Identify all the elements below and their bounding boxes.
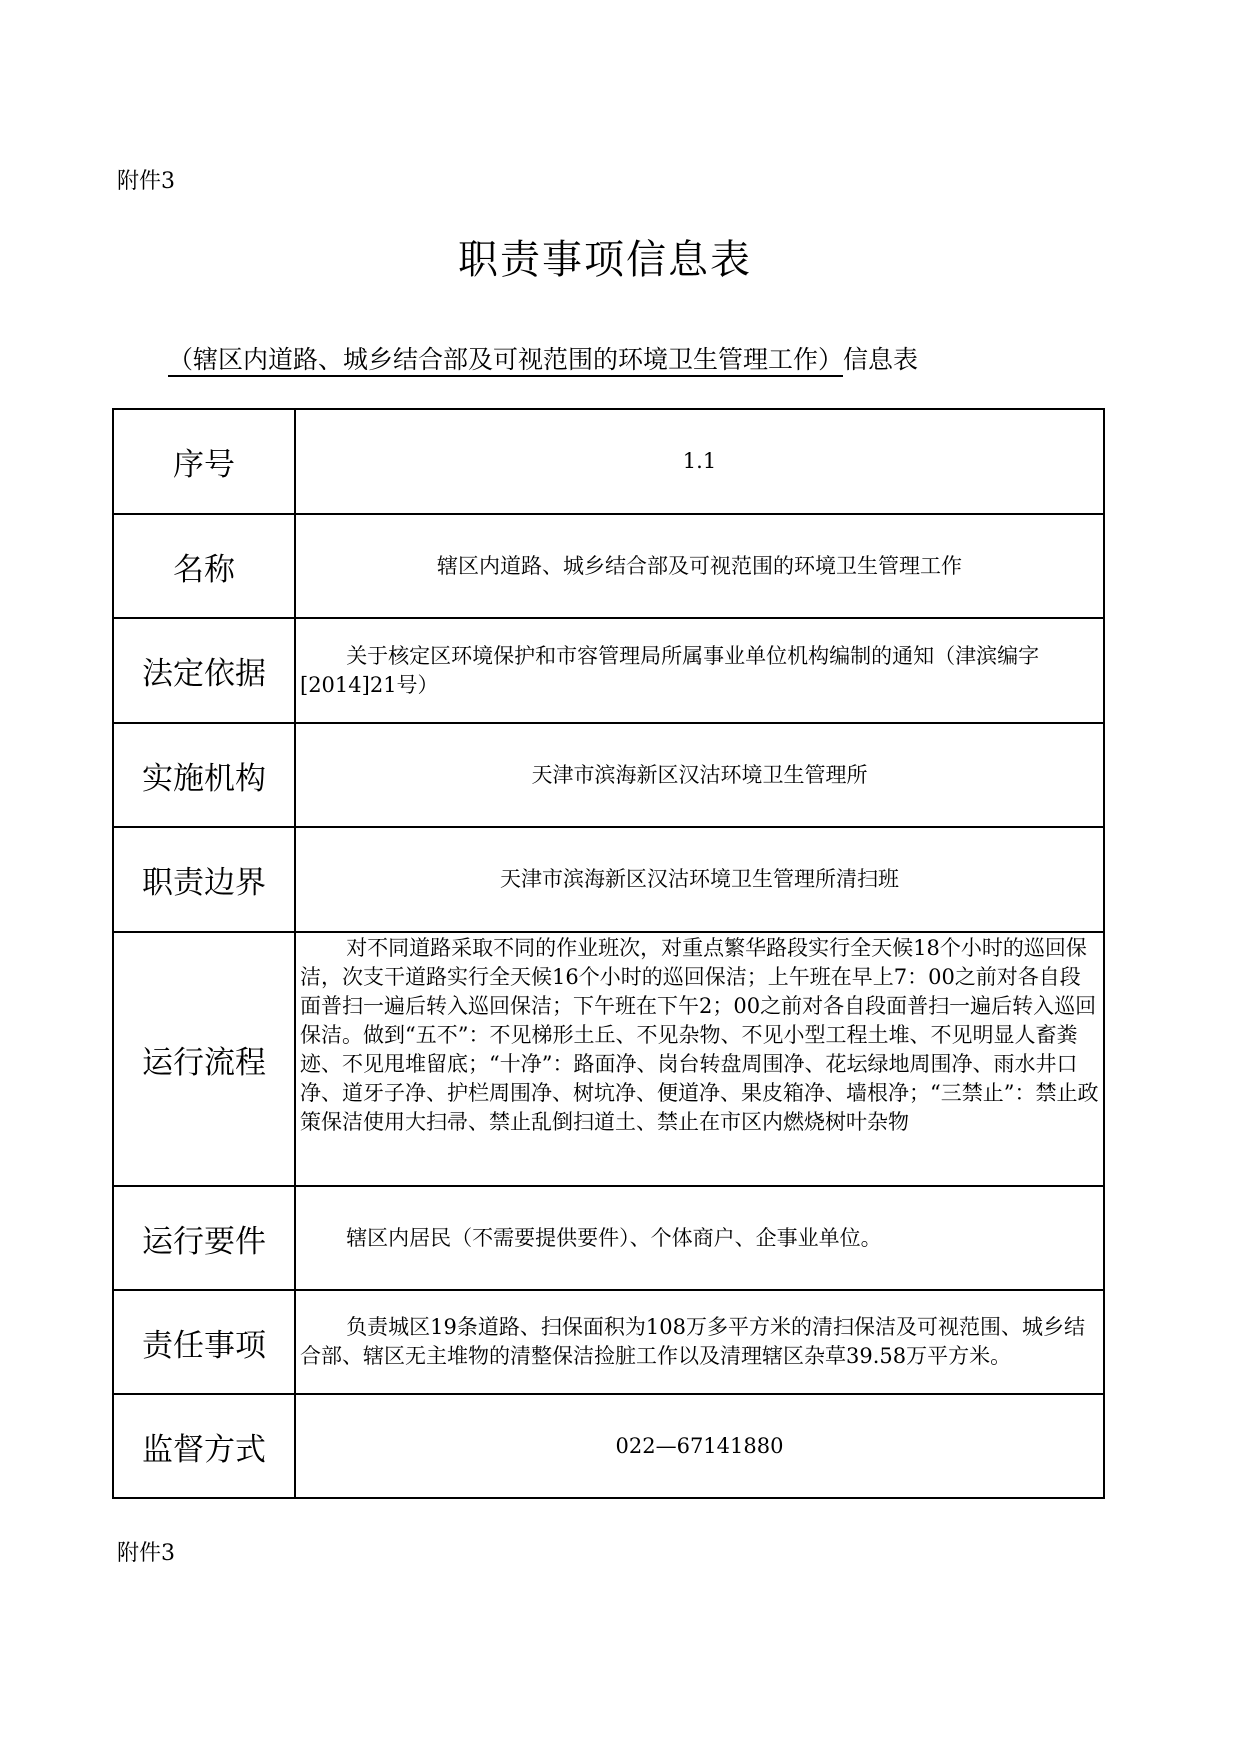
row-value: 1.1 (295, 409, 1104, 514)
row-label: 监督方式 (113, 1394, 295, 1498)
table-row-requirements: 运行要件 辖区内居民（不需要提供要件）、个体商户、企事业单位。 (113, 1186, 1104, 1290)
row-label: 职责边界 (113, 827, 295, 932)
row-label: 运行流程 (113, 932, 295, 1186)
row-value: 天津市滨海新区汉沽环境卫生管理所 (295, 723, 1104, 827)
table-row-serial: 序号 1.1 (113, 409, 1104, 514)
subtitle-underlined: （辖区内道路、城乡结合部及可视范围的环境卫生管理工作） (168, 345, 843, 377)
row-value: 辖区内居民（不需要提供要件）、个体商户、企事业单位。 (300, 1224, 1099, 1253)
row-value: 负责城区19条道路、扫保面积为108万多平方米的清扫保洁及可视范围、城乡结合部、… (300, 1313, 1099, 1371)
row-label: 责任事项 (113, 1290, 295, 1394)
row-label: 运行要件 (113, 1186, 295, 1290)
page-title: 职责事项信息表 (0, 228, 1210, 285)
row-label: 实施机构 (113, 723, 295, 827)
row-label: 序号 (113, 409, 295, 514)
attachment-label-top: 附件3 (117, 164, 175, 195)
subtitle-suffix: 信息表 (843, 345, 918, 374)
table-row-name: 名称 辖区内道路、城乡结合部及可视范围的环境卫生管理工作 (113, 514, 1104, 618)
row-value: 对不同道路采取不同的作业班次，对重点繁华路段实行全天候18个小时的巡回保洁，次支… (300, 934, 1099, 1137)
subtitle: （辖区内道路、城乡结合部及可视范围的环境卫生管理工作）信息表 (168, 340, 918, 376)
table-row-implementing-agency: 实施机构 天津市滨海新区汉沽环境卫生管理所 (113, 723, 1104, 827)
attachment-label-bottom: 附件3 (117, 1536, 175, 1567)
info-table: 序号 1.1 名称 辖区内道路、城乡结合部及可视范围的环境卫生管理工作 法定依据… (112, 408, 1105, 1499)
row-value: 辖区内道路、城乡结合部及可视范围的环境卫生管理工作 (295, 514, 1104, 618)
row-value: 022—67141880 (295, 1394, 1104, 1498)
table-row-responsibilities: 责任事项 负责城区19条道路、扫保面积为108万多平方米的清扫保洁及可视范围、城… (113, 1290, 1104, 1394)
row-label: 法定依据 (113, 618, 295, 723)
table-row-legal-basis: 法定依据 关于核定区环境保护和市容管理局所属事业单位机构编制的通知（津滨编字[2… (113, 618, 1104, 723)
row-value: 关于核定区环境保护和市容管理局所属事业单位机构编制的通知（津滨编字[2014]2… (300, 642, 1099, 700)
row-label: 名称 (113, 514, 295, 618)
table-row-process: 运行流程 对不同道路采取不同的作业班次，对重点繁华路段实行全天候18个小时的巡回… (113, 932, 1104, 1186)
row-value: 天津市滨海新区汉沽环境卫生管理所清扫班 (295, 827, 1104, 932)
table-row-supervision: 监督方式 022—67141880 (113, 1394, 1104, 1498)
table-row-responsibility-boundary: 职责边界 天津市滨海新区汉沽环境卫生管理所清扫班 (113, 827, 1104, 932)
